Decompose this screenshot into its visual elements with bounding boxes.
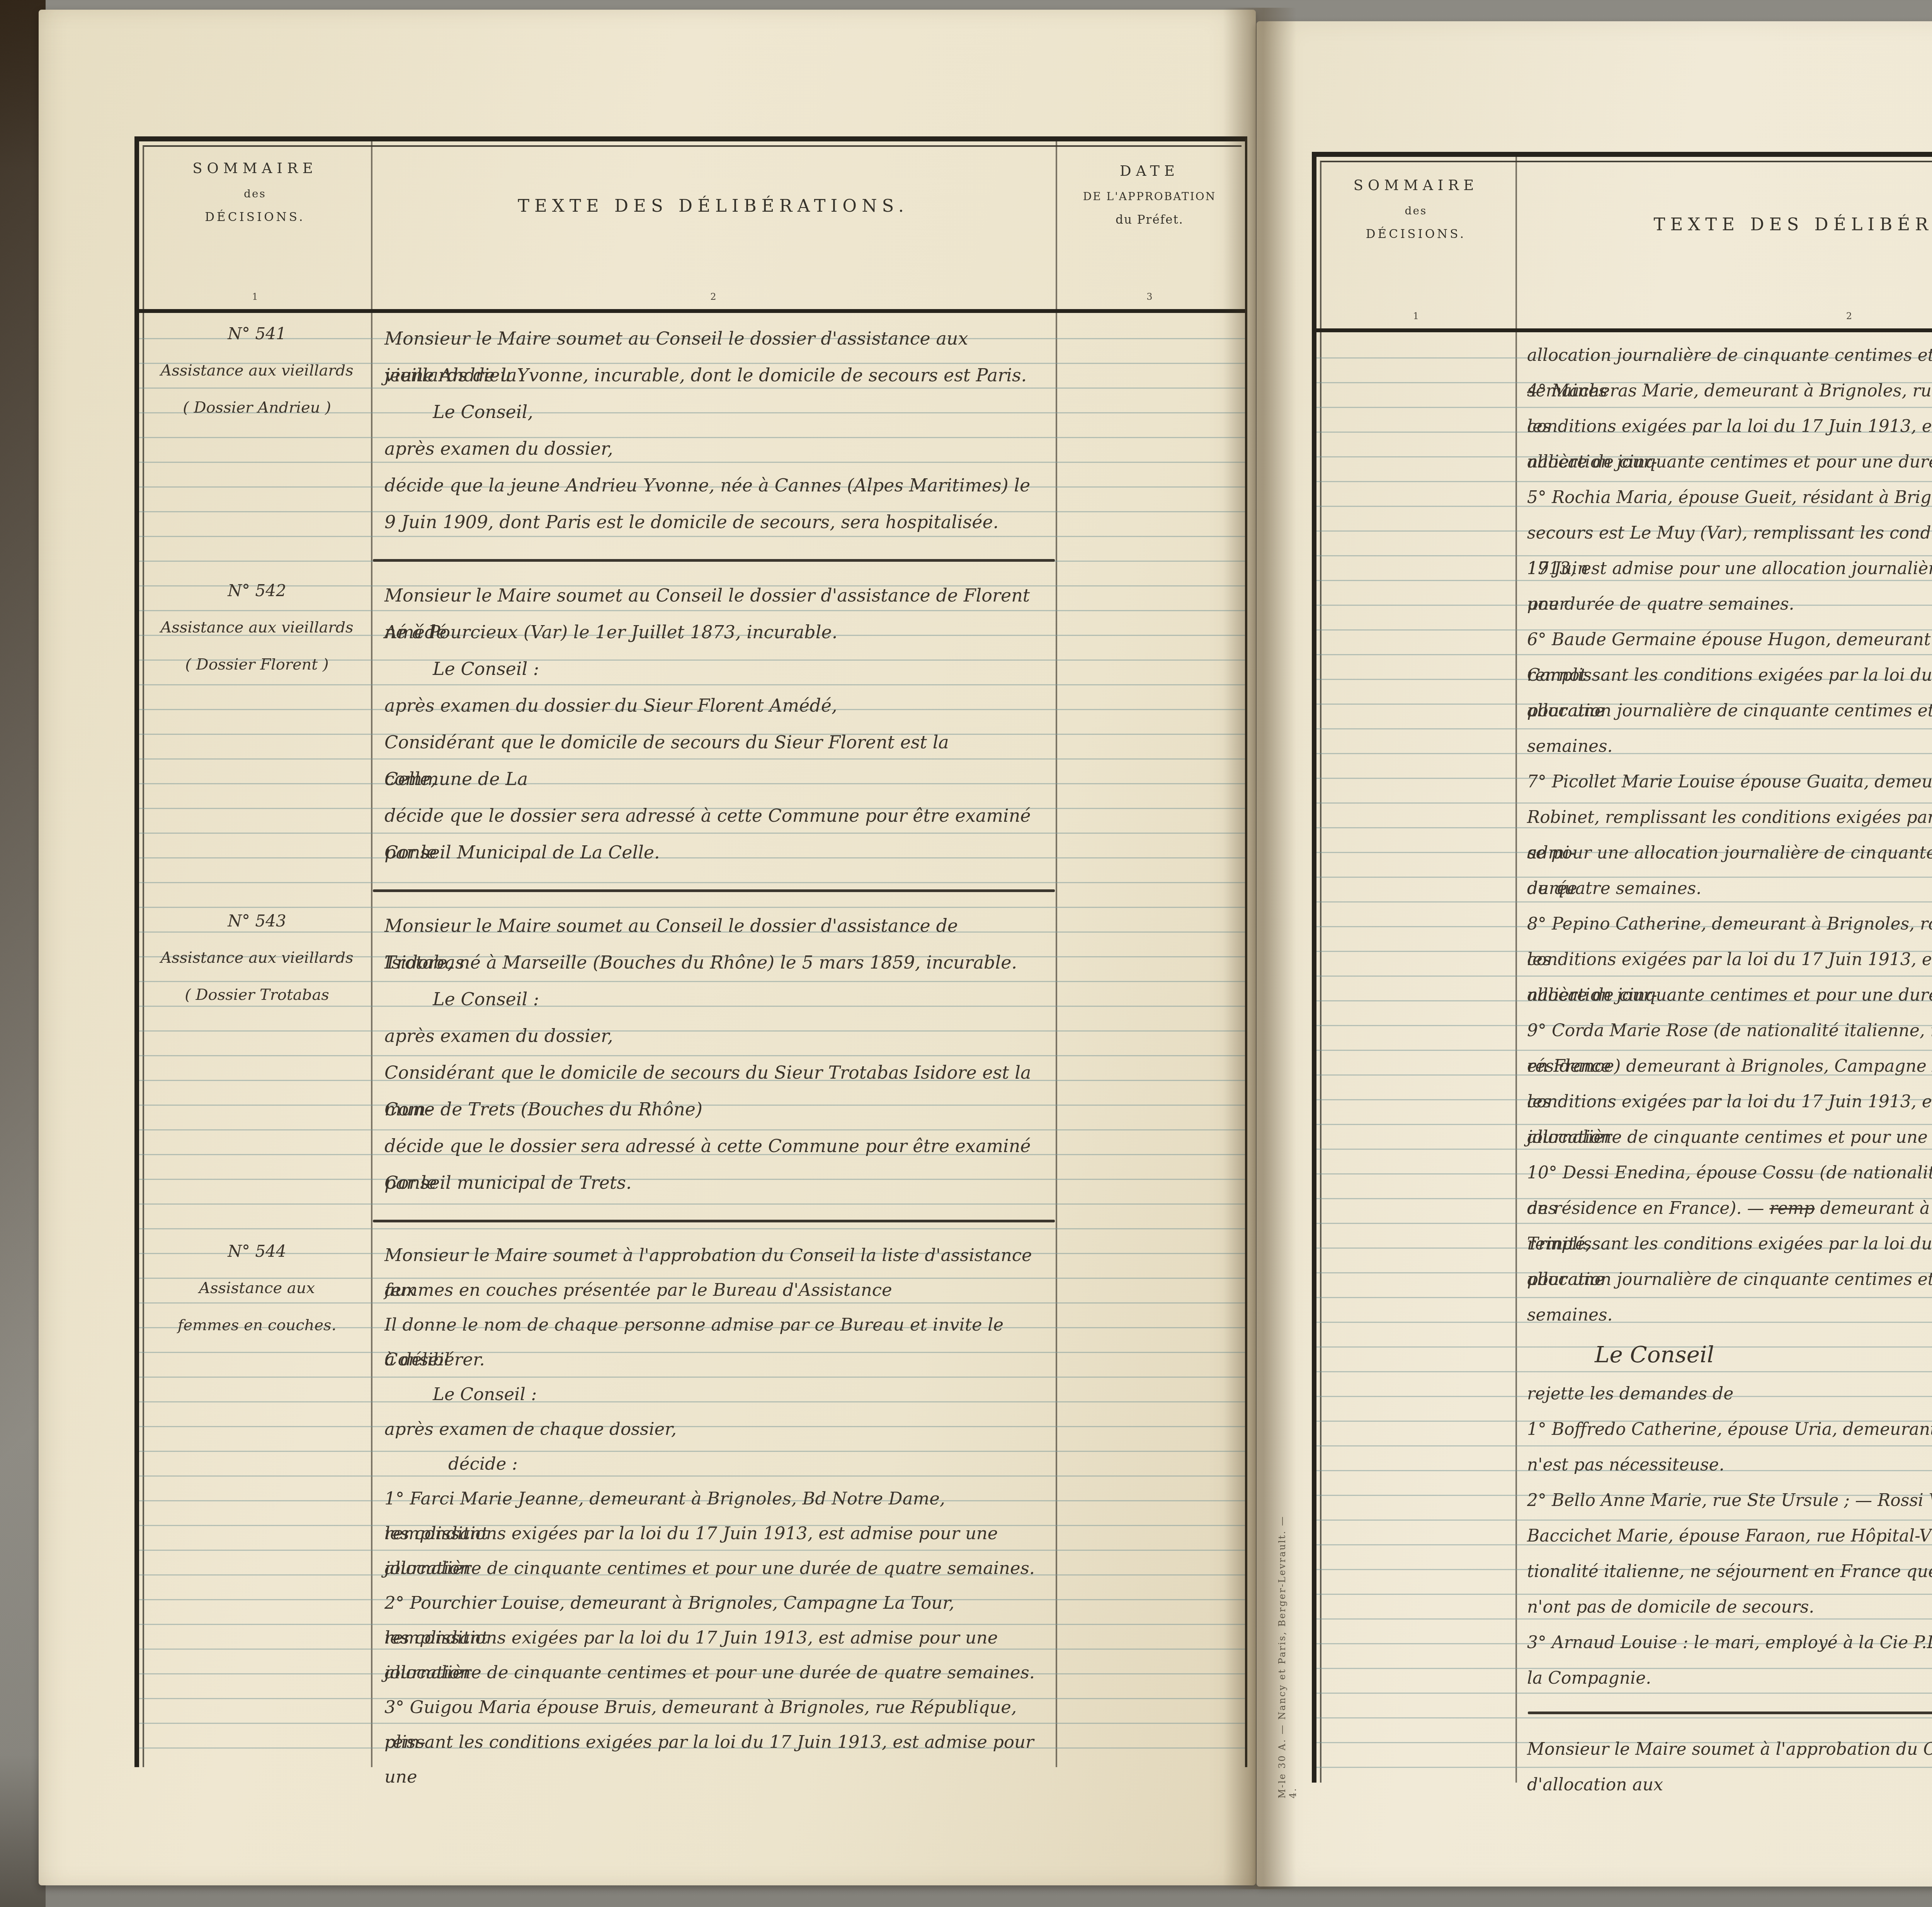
entry-543-number: N° 543 — [133, 911, 381, 930]
handwritten-line: Le Conseil, — [384, 394, 1042, 430]
header-texte-title: TEXTE DES DÉLIBÉRATIONS. — [371, 195, 1056, 216]
handwritten-line: journalière de cinquante centimes et pou… — [384, 1551, 1042, 1586]
handwritten-line: Monsieur le Maire soumet à l'approbation… — [384, 1238, 1042, 1273]
header-bottom-rule — [139, 309, 1245, 313]
handwritten-line: Le Conseil : — [384, 1377, 1042, 1412]
handwritten-line: Il donne le nom de chaque personne admis… — [384, 1307, 1042, 1342]
handwritten-line: n'ont pas de domicile de secours. — [1527, 1589, 1932, 1625]
handwritten-line: se pour une allocation journalière de ci… — [1527, 835, 1932, 871]
handwritten-line: jeune Andrieu Yvonne, incurable, dont le… — [384, 357, 1042, 394]
printed-table-frame: SOMMAIRE des DÉCISIONS. TEXTE DES DÉLIBÉ… — [1312, 152, 1932, 1783]
handwritten-line: Monsieur le Maire soumet au Conseil le d… — [384, 908, 1042, 944]
handwritten-line: femmes en couches présentée par le Burea… — [384, 1273, 1042, 1307]
scanned-register-photo: { "document": { "kind": "Registre des dé… — [0, 0, 1932, 1907]
handwritten-line: Le Conseil : — [384, 651, 1042, 687]
handwritten-line: conditions exigées par la loi du 17 Juin… — [1527, 942, 1932, 977]
printed-table-frame: SOMMAIRE des DÉCISIONS. TEXTE DES DÉLIBÉ… — [134, 136, 1247, 1767]
handwritten-line: remplissant les conditions exigées par l… — [1527, 1226, 1932, 1262]
handwritten-line: 10° Dessi Enedina, épouse Cossu (de nati… — [1527, 1155, 1932, 1191]
handwritten-line: remplissant les conditions exigées par l… — [1527, 658, 1932, 693]
handwritten-line: secours est Le Muy (Var), remplissant le… — [1527, 515, 1932, 551]
header-sommaire-line2: des — [1316, 204, 1515, 217]
header-sommaire-line3: DÉCISIONS. — [1316, 227, 1515, 241]
handwritten-line: 2° Bello Anne Marie, rue Ste Ursule ; — … — [1527, 1483, 1932, 1518]
handwritten-line: semaines. — [1527, 729, 1932, 764]
header-bottom-rule — [1316, 328, 1932, 332]
deliberation-text-column: allocation journalière de cinquante cent… — [1515, 338, 1932, 1767]
handwritten-line: allocation journalière de cinquante cent… — [1527, 1262, 1932, 1297]
handwritten-line: conditions exigées par la loi du 17 Juin… — [1527, 1084, 1932, 1120]
header-sommaire-line2: des — [139, 187, 371, 200]
header-sommaire-line1: SOMMAIRE — [139, 160, 371, 177]
entry-542-number: N° 542 — [133, 581, 381, 600]
handwritten-line: 7° Picollet Marie Louise épouse Guaita, … — [1527, 764, 1932, 800]
handwritten-line: une durée de quatre semaines. — [1527, 586, 1932, 622]
handwritten-line: 8° Pepino Catherine, demeurant à Brignol… — [1527, 906, 1932, 942]
entry-542-summary-2: ( Dossier Florent ) — [133, 656, 381, 673]
handwritten-line: 1913, est admise pour une allocation jou… — [1527, 551, 1932, 586]
handwritten-line: Le Conseil : — [384, 981, 1042, 1018]
handwritten-line: après examen du dossier du Sieur Florent… — [384, 687, 1042, 724]
header-sommaire: SOMMAIRE des DÉCISIONS. — [1316, 177, 1515, 241]
handwritten-line: allocation journalière de cinquante cent… — [1527, 338, 1932, 373]
handwritten-line: plissant les conditions exigées par la l… — [384, 1725, 1042, 1759]
handwritten-line: 5° Rochia Maria, épouse Gueit, résidant … — [1527, 480, 1932, 515]
handwritten-line: après examen du dossier, — [384, 430, 1042, 467]
handwritten-line: décide que le dossier sera adressé à cet… — [384, 797, 1042, 834]
handwritten-line: la Compagnie. — [1527, 1661, 1932, 1696]
handwritten-line: 3° Arnaud Louise : le mari, employé à la… — [1527, 1625, 1932, 1661]
header-date: DATE DE L'APPROBATION du Préfet. — [1056, 163, 1243, 227]
register-right-page: SOMMAIRE des DÉCISIONS. TEXTE DES DÉLIBÉ… — [1257, 21, 1932, 1887]
handwritten-line: mune de Trets (Bouches du Rhône) — [384, 1091, 1042, 1128]
handwritten-line: journalière de cinquante centimes et pou… — [384, 1655, 1042, 1690]
handwritten-line: 1° Boffredo Catherine, épouse Uria, deme… — [1527, 1412, 1932, 1447]
handwritten-line: de quatre semaines. — [1527, 871, 1932, 906]
entry-544-text: Monsieur le Maire soumet à l'approbation… — [371, 1238, 1056, 1759]
left-page-writing-area: N° 541 Assistance aux vieillards ( Dossi… — [139, 314, 1245, 1764]
register-left-page: SOMMAIRE des DÉCISIONS. TEXTE DES DÉLIBÉ… — [39, 10, 1256, 1885]
handwritten-line: Considérant que le domicile de secours d… — [384, 724, 1042, 761]
column-number-2: 2 — [1515, 311, 1932, 321]
header-date-line3: du Préfet. — [1056, 213, 1243, 227]
handwritten-line: 4° Macheras Marie, demeurant à Brignoles… — [1527, 373, 1932, 409]
entry-543-summary-1: Assistance aux vieillards — [133, 949, 381, 967]
column-number-1: 1 — [1316, 311, 1515, 321]
handwritten-line: semaines. — [1527, 1297, 1932, 1333]
handwritten-line: Isidore, né à Marseille (Bouches du Rhôn… — [384, 944, 1042, 981]
handwritten-line: 9 Juin 1909, dont Paris est le domicile … — [384, 504, 1042, 540]
entry-541-text: Monsieur le Maire soumet au Conseil le d… — [371, 320, 1056, 540]
handwritten-line: décide que la jeune Andrieu Yvonne, née … — [384, 467, 1042, 504]
column-number-3: 3 — [1056, 291, 1243, 302]
handwritten-line: nalière de cinquante centimes et pour un… — [1527, 444, 1932, 480]
entry-541-summary-1: Assistance aux vieillards — [133, 362, 381, 379]
header-texte: TEXTE DES DÉLIBÉRATIONS. — [371, 195, 1056, 216]
handwritten-line: décide que le dossier sera adressé à cet… — [384, 1128, 1042, 1164]
entry-544-summary-1: Assistance aux — [133, 1279, 381, 1297]
header-sommaire-line3: DÉCISIONS. — [139, 210, 371, 224]
handwritten-line: décide : — [384, 1446, 1042, 1481]
entry-divider — [1528, 1712, 1932, 1714]
handwritten-line: en France) demeurant à Brignoles, Campag… — [1527, 1049, 1932, 1084]
entry-544-summary-2: femmes en couches. — [133, 1316, 381, 1334]
handwritten-line: les conditions exigées par la loi du 17 … — [384, 1516, 1042, 1551]
handwritten-line: de résidence en France). — remp demeuran… — [1527, 1191, 1932, 1226]
summary-column: N° 541 Assistance aux vieillards ( Dossi… — [133, 314, 381, 1764]
handwritten-line: 6° Baude Germaine épouse Hugon, demeuran… — [1527, 622, 1932, 658]
handwritten-line: n'est pas nécessiteuse. — [1527, 1447, 1932, 1483]
handwritten-line: Conseil Municipal de La Celle. — [384, 834, 1042, 871]
handwritten-line: 9° Corda Marie Rose (de nationalité ital… — [1527, 1013, 1932, 1049]
header-sommaire-line1: SOMMAIRE — [1316, 177, 1515, 194]
handwritten-line: conditions exigées par la loi du 17 Juin… — [1527, 409, 1932, 444]
entry-541-number: N° 541 — [133, 324, 381, 343]
entry-543-summary-2: ( Dossier Trotabas — [133, 986, 381, 1004]
handwritten-line: Considérant que le domicile de secours d… — [384, 1054, 1042, 1091]
handwritten-line: Robinet, remplissant les conditions exig… — [1527, 800, 1932, 835]
header-date-line1: DATE — [1056, 163, 1243, 179]
handwritten-line: Monsieur le Maire soumet au Conseil le d… — [384, 577, 1042, 614]
handwritten-line: Monsieur le Maire soumet au Conseil le d… — [384, 320, 1042, 357]
handwritten-line: Conseil municipal de Trets. — [384, 1164, 1042, 1201]
entry-543-text: Monsieur le Maire soumet au Conseil le d… — [371, 908, 1056, 1201]
entry-542-text: Monsieur le Maire soumet au Conseil le d… — [371, 577, 1056, 871]
printer-imprint: M-le 30 A. — Nancy et Paris, Berger-Levr… — [1277, 1505, 1298, 1798]
handwritten-line: nalière de cinquante centimes et pour un… — [1527, 977, 1932, 1013]
header-date-line2: DE L'APPROBATION — [1056, 190, 1243, 203]
handwritten-line: après examen de chaque dossier, — [384, 1412, 1042, 1446]
entry-separator-2 — [373, 889, 1055, 892]
entry-544-number: N° 544 — [133, 1242, 381, 1261]
header-sommaire: SOMMAIRE des DÉCISIONS. — [139, 160, 371, 224]
entry-542-summary-1: Assistance aux vieillards — [133, 619, 381, 636]
handwritten-line: né à Pourcieux (Var) le 1er Juillet 1873… — [384, 614, 1042, 651]
column-number-1: 1 — [139, 291, 371, 302]
handwritten-line: 2° Pourchier Louise, demeurant à Brignol… — [384, 1586, 1042, 1620]
handwritten-line: tionalité italienne, ne séjournent en Fr… — [1527, 1554, 1932, 1589]
entry-541-summary-2: ( Dossier Andrieu ) — [133, 399, 381, 416]
handwritten-line: rejette les demandes de — [1527, 1376, 1932, 1412]
handwritten-line: allocation journalière de cinquante cent… — [1527, 693, 1932, 729]
right-page-writing-area: allocation journalière de cinquante cent… — [1316, 334, 1932, 1779]
header-texte: TEXTE DES DÉLIBÉRATIONS. — [1515, 214, 1932, 235]
header-texte-title: TEXTE DES DÉLIBÉRATIONS. — [1515, 214, 1932, 235]
column-number-2: 2 — [371, 291, 1056, 302]
handwritten-line: 1° Farci Marie Jeanne, demeurant à Brign… — [384, 1481, 1042, 1516]
entry-separator-1 — [373, 559, 1055, 562]
handwritten-line: journalière de cinquante centimes et pou… — [1527, 1120, 1932, 1155]
entry-separator-3 — [373, 1220, 1055, 1222]
deliberation-text-column: Monsieur le Maire soumet au Conseil le d… — [371, 314, 1056, 1764]
handwritten-line: Monsieur le Maire soumet à l'approbation… — [1527, 1732, 1932, 1767]
handwritten-line: 3° Guigou Maria épouse Bruis, demeurant … — [384, 1690, 1042, 1725]
handwritten-line: après examen du dossier, — [384, 1018, 1042, 1054]
handwritten-line: Baccichet Marie, épouse Faraon, rue Hôpi… — [1527, 1518, 1932, 1554]
handwritten-line: à délibérer. — [384, 1342, 1042, 1377]
handwritten-line: les conditions exigées par la loi du 17 … — [384, 1620, 1042, 1655]
handwritten-line: Le Conseil — [1527, 1333, 1932, 1376]
